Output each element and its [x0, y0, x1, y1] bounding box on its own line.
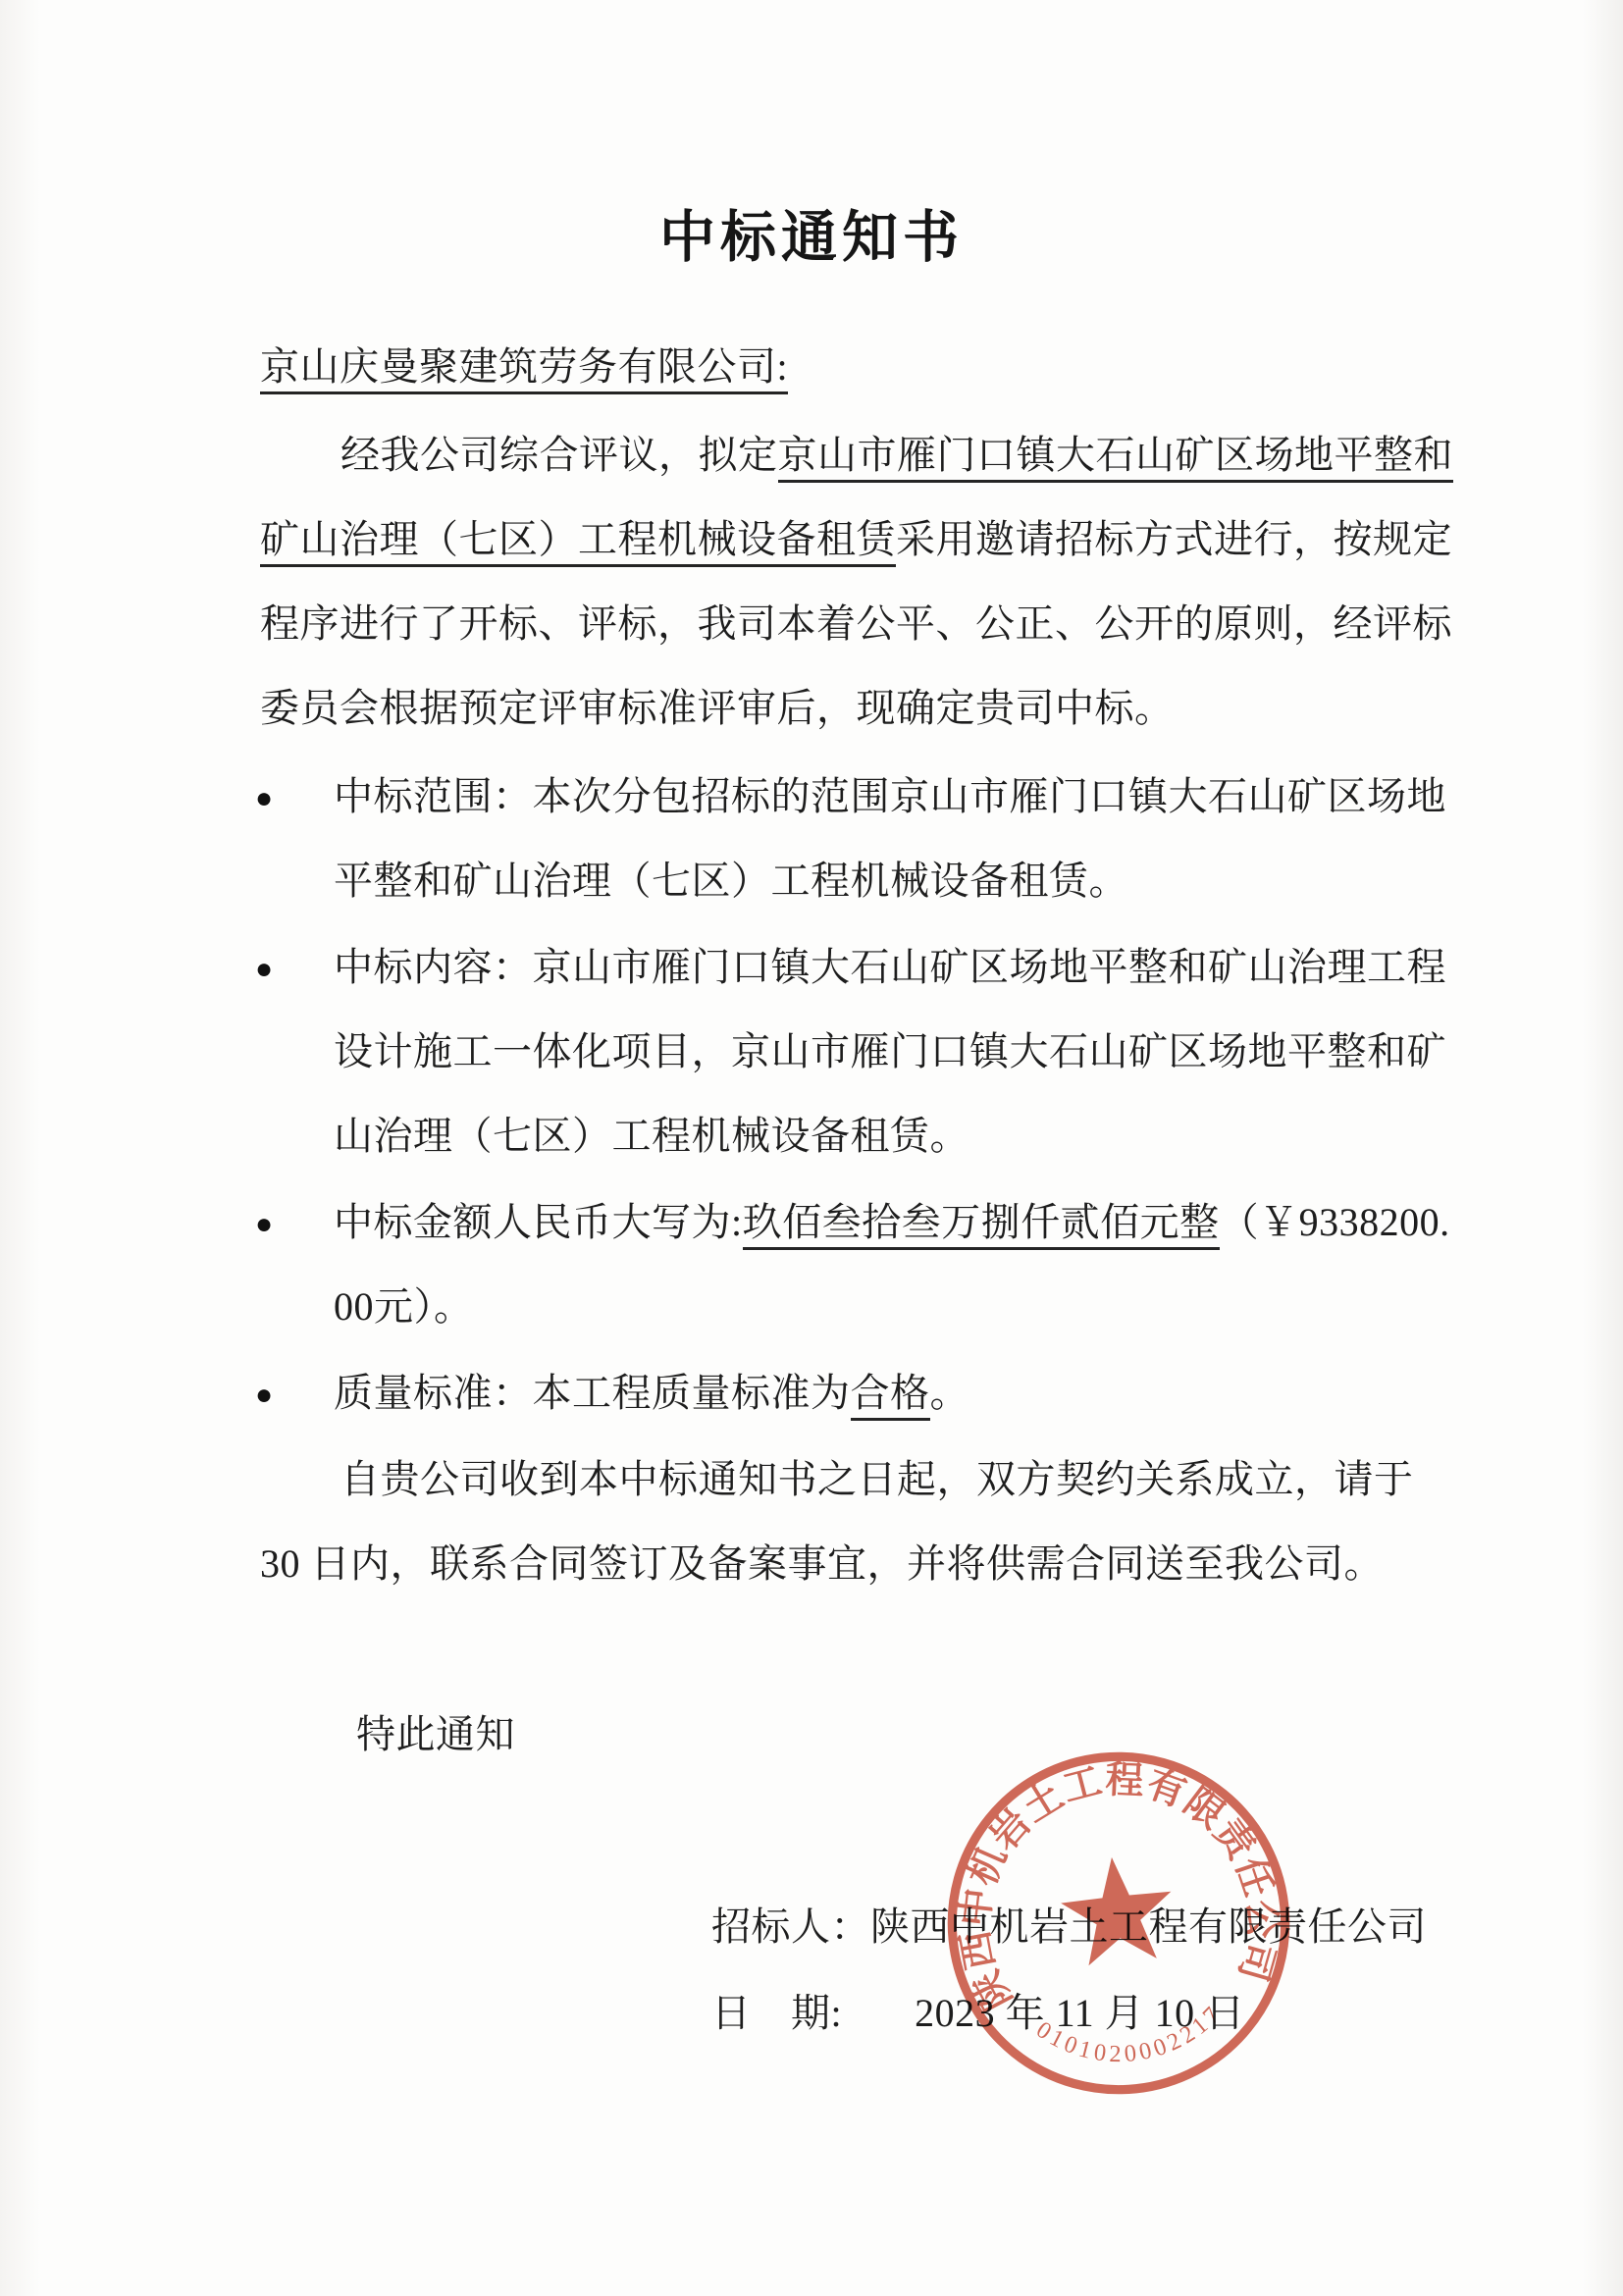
para1-line1: 经我公司综合评议，拟定京山市雁门口镇大石山矿区场地平整和: [340, 430, 1453, 481]
bullet3-amount-figure: （￥9338200.: [1220, 1200, 1450, 1244]
bullet3-line2: 00元）。: [334, 1281, 474, 1332]
addressee-line: 京山庆曼聚建筑劳务有限公司:: [260, 341, 788, 392]
company-seal-stamp: 陕西中机岩土工程有限责任公司 0101020002217: [920, 1725, 1317, 2121]
bullet-marker-4: ●: [255, 1376, 273, 1415]
bullet3-amount-label: 中标金额人民币大写为:: [334, 1200, 743, 1244]
bullet4-period: 。: [930, 1371, 970, 1415]
bullet4-qualified: 合格: [851, 1371, 930, 1421]
bullet4-text: 质量标准：本工程质量标准为: [334, 1371, 851, 1415]
para2-line1: 自贵公司收到本中标通知书之日起，双方契约关系成立，请于: [340, 1454, 1414, 1505]
para1-line3: 程序进行了开标、评标，我司本着公平、公正、公开的原则，经评标: [260, 599, 1452, 650]
addressee-company: 京山庆曼聚建筑劳务有限公司:: [260, 344, 788, 394]
para2-line2: 30 日内，联系合同签订及备案事宜，并将供需合同送至我公司。: [260, 1539, 1384, 1590]
page-title: 中标通知书: [0, 192, 1623, 273]
bullet3-line1: 中标金额人民币大写为:玖佰叁拾叁万捌仟贰佰元整（￥9338200.: [334, 1197, 1450, 1248]
para1-line1-text: 经我公司综合评议，拟定: [340, 433, 778, 477]
para1-line1-underlined: 京山市雁门口镇大石山矿区场地平整和: [778, 433, 1454, 483]
bullet2-line2: 设计施工一体化项目，京山市雁门口镇大石山矿区场地平整和矿: [334, 1026, 1446, 1077]
bullet3-amount-words: 玖佰叁拾叁万捌仟贰佰元整: [743, 1200, 1220, 1250]
date-label: 日 期:: [711, 1991, 842, 2035]
bullet1-line2: 平整和矿山治理（七区）工程机械设备租赁。: [334, 856, 1128, 907]
stamp-star-icon: [1057, 1852, 1178, 1967]
closing-notice: 特此通知: [356, 1709, 515, 1760]
bullet-marker-1: ●: [255, 779, 273, 818]
para1-line4: 委员会根据预定评审标准评审后，现确定贵司中标。: [260, 683, 1175, 734]
para1-line2: 矿山治理（七区）工程机械设备租赁采用邀请招标方式进行，按规定: [260, 514, 1452, 565]
bullet-marker-2: ●: [255, 950, 273, 989]
bullet2-line3: 山治理（七区）工程机械设备租赁。: [334, 1111, 969, 1162]
bullet-marker-3: ●: [255, 1205, 273, 1244]
bullet1-line1: 中标范围：本次分包招标的范围京山市雁门口镇大石山矿区场地: [334, 771, 1446, 822]
para1-line2-underlined: 矿山治理（七区）工程机械设备租赁: [260, 517, 896, 567]
scanned-document-page: 中标通知书 京山庆曼聚建筑劳务有限公司: 经我公司综合评议，拟定京山市雁门口镇大…: [0, 0, 1623, 2296]
para1-line2-text: 采用邀请招标方式进行，按规定: [896, 517, 1452, 561]
bullet2-line1: 中标内容：京山市雁门口镇大石山矿区场地平整和矿山治理工程: [334, 942, 1446, 993]
bullet4-line: 质量标准：本工程质量标准为合格。: [334, 1368, 969, 1419]
bidder-label: 招标人：: [711, 1905, 870, 1949]
